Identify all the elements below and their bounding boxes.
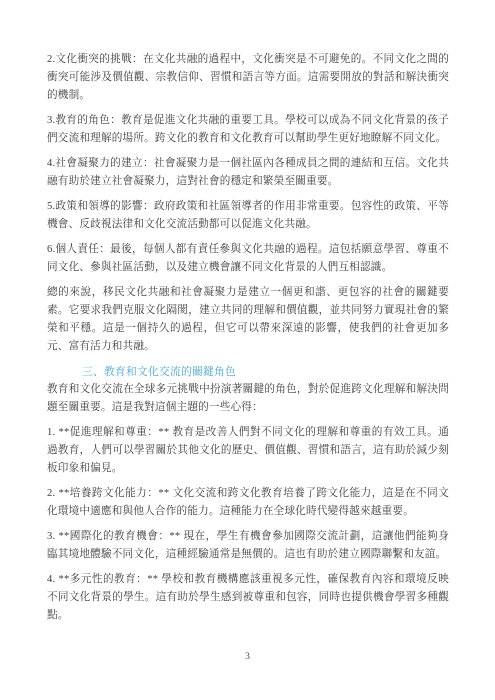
section-heading: 三、教育和文化交流的關鍵角色 — [47, 363, 449, 381]
para-social-cohesion: 4.社會凝聚力的建立：社會凝聚力是一個社區內各種成員之間的連結和互信。文化共融有… — [47, 155, 449, 191]
point-diversity-education: 4. **多元性的教育：** 學校和教育機構應該重視多元性，確保教育內容和環境反… — [47, 571, 449, 625]
para-policy-and-leadership: 5.政策和領導的影響：政府政策和社區領導者的作用非常重要。包容性的政策、平等機會… — [47, 198, 449, 234]
para-personal-responsibility: 6.個人責任：最後，每個人都有責任參與文化共融的過程。這包括願意學習、尊重不同文… — [47, 241, 449, 277]
section-intro-paragraph: 教育和文化交流在全球多元挑戰中扮演著關鍵的角色，對於促進跨文化理解和解決問題至關… — [47, 381, 449, 417]
para-role-of-education: 3.教育的角色：教育是促進文化共融的重要工具。學校可以成為不同文化背景的孩子們交… — [47, 112, 449, 148]
document-page: 2.文化衝突的挑戰：在文化共融的過程中，文化衝突是不可避免的。不同文化之間的衝突… — [0, 0, 495, 700]
point-promote-understanding: 1. **促進理解和尊重：** 教育是改善人們對不同文化的理解和尊重的有效工具。… — [47, 424, 449, 478]
para-conclusion: 總的來說，移民文化共融和社會凝聚力是建立一個更和諧、更包容的社會的關鍵要素。它要… — [47, 284, 449, 356]
point-international-opportunities: 3. **國際化的教育機會：** 現在，學生有機會參加國際交流計劃，這讓他們能夠… — [47, 528, 449, 564]
point-intercultural-competence: 2. **培養跨文化能力：** 文化交流和跨文化教育培養了跨文化能力，這是在不同… — [47, 485, 449, 521]
para-culture-conflict-challenge: 2.文化衝突的挑戰：在文化共融的過程中，文化衝突是不可避免的。不同文化之間的衝突… — [47, 51, 449, 105]
page-number: 3 — [0, 650, 495, 664]
